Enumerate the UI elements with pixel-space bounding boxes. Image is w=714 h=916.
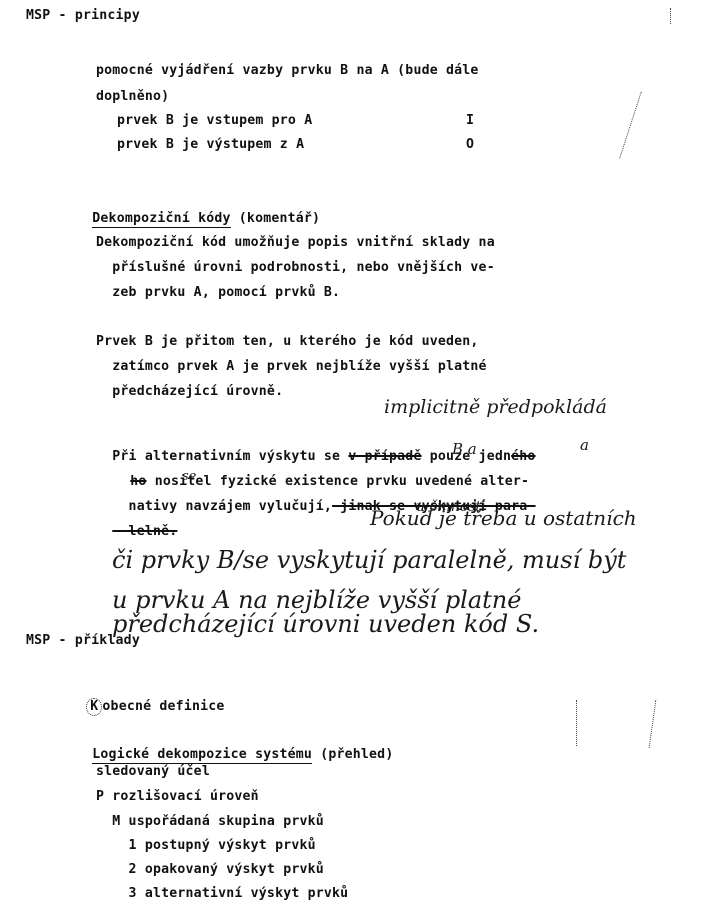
list-item: P rozlišovací úroveň [96,789,259,805]
margin-bracket-mark [576,700,577,746]
handwritten-line: či prvky B/se vyskytují paralelně, musí … [112,548,626,572]
paragraph-line: Prvek B je přitom ten, u kterého je kód … [96,334,479,350]
subheading-logicke-dekompozice: Logické dekompozice systému (přehled) [76,731,393,763]
code-value: I [466,113,474,129]
margin-bracket-mark [649,700,657,748]
circled-letter: K [86,698,102,716]
subheading-rest: (přehled) [312,747,393,762]
handwritten-line: předcházející úrovni uveden kód S. [112,612,539,636]
list-item: sledovaný účel [96,764,210,780]
handwritten-annotation: implicitně předpokládá [384,398,607,417]
list-item: 1 postupný výskyt prvků [96,838,316,854]
struck-text: lelně. [112,524,177,539]
paragraph-line: příslušné úrovni podrobnosti, nebo vnějš… [96,260,495,276]
handwritten-insert: se [182,470,196,483]
subheading-underlined: Logické dekompozice systému [92,747,312,764]
list-item: 2 opakovaný výskyt prvků [96,862,324,878]
intro-line: pomocné vyjádření vazby prvku B na A (bu… [96,63,479,79]
definition-text: obecné definice [102,699,224,714]
handwritten-insert: a [580,438,589,453]
subheading-underlined: Dekompoziční kódy [92,211,230,228]
paragraph-line: Dekompoziční kód umožňuje popis vnitřní … [96,235,495,251]
subheading-dekompozicni-kody: Dekompoziční kódy (komentář) [76,195,320,227]
paragraph-line: zatímco prvek A je prvek nejblíže vyšší … [96,359,487,375]
paragraph-line-alt: lelně. [96,508,177,540]
handwritten-line: u prvku A na nejblíže vyšší platné [112,588,521,612]
list-item: 3 alternativní výskyt prvků [96,886,348,902]
definition-line: Kobecné definice [70,682,225,716]
margin-mark [670,8,671,24]
paragraph-line: zeb prvku A, pomocí prvků B. [96,285,340,301]
section-heading-priklady: MSP - příklady [26,633,140,649]
code-label: prvek B je vstupem pro A [117,113,312,129]
handwritten-line: Pokud je třeba u ostatních [370,508,637,528]
subheading-rest: (komentář) [231,211,321,226]
margin-mark [619,92,642,159]
list-item: M uspořádaná skupina prvků [96,814,324,830]
paragraph-line: předcházející úrovně. [96,384,283,400]
handwritten-insert: B a [452,442,477,457]
code-value: O [466,137,474,153]
intro-line: doplněno) [96,89,169,105]
code-label: prvek B je výstupem z A [117,137,304,153]
section-heading-principy: MSP - principy [26,8,140,24]
